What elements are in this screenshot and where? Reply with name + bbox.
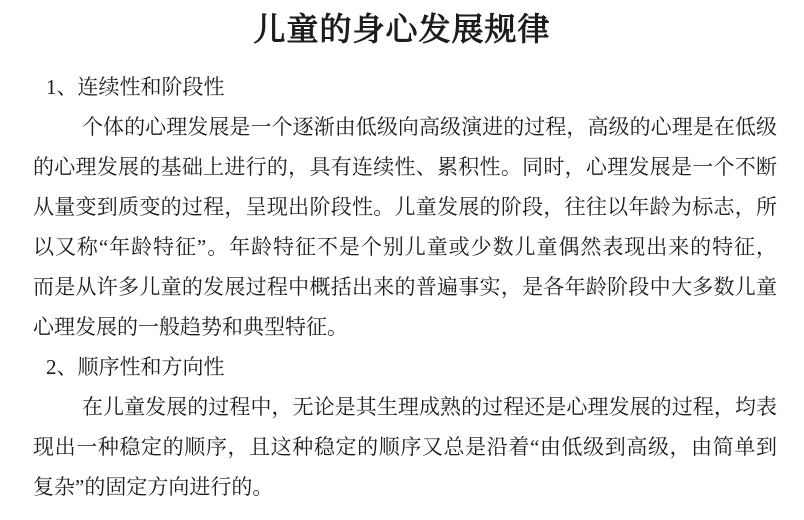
section-heading: 2、顺序性和方向性 [33,347,777,387]
text-line: 现出一种稳定的顺序，且这种稳定的顺序又总是沿着“由低级到高级，由简单到 [33,427,777,467]
document-body: 1、连续性和阶段性个体的心理发展是一个逐渐由低级向高级演进的过程，高级的心理是在… [33,67,777,507]
text-line: 个体的心理发展是一个逐渐由低级向高级演进的过程，高级的心理是在低级 [33,107,777,147]
text-line: 以又称“年龄特征”。年龄特征不是个别儿童或少数儿童偶然表现出来的特征， [33,227,777,267]
text-line: 在儿童发展的过程中，无论是其生理成熟的过程还是心理发展的过程，均表 [33,387,777,427]
text-line: 从量变到质变的过程，呈现出阶段性。儿童发展的阶段，往往以年龄为标志，所 [33,187,777,227]
text-line: 心理发展的一般趋势和典型特征。 [33,307,777,347]
text-line: 复杂”的固定方向进行的。 [33,467,777,507]
text-line: 的心理发展的基础上进行的，具有连续性、累积性。同时，心理发展是一个不断 [33,147,777,187]
page-title: 儿童的身心发展规律 [0,4,804,50]
document-page: 儿童的身心发展规律 1、连续性和阶段性个体的心理发展是一个逐渐由低级向高级演进的… [0,0,804,520]
text-line: 而是从许多儿童的发展过程中概括出来的普遍事实，是各年龄阶段中大多数儿童 [33,267,777,307]
section-heading: 1、连续性和阶段性 [33,67,777,107]
